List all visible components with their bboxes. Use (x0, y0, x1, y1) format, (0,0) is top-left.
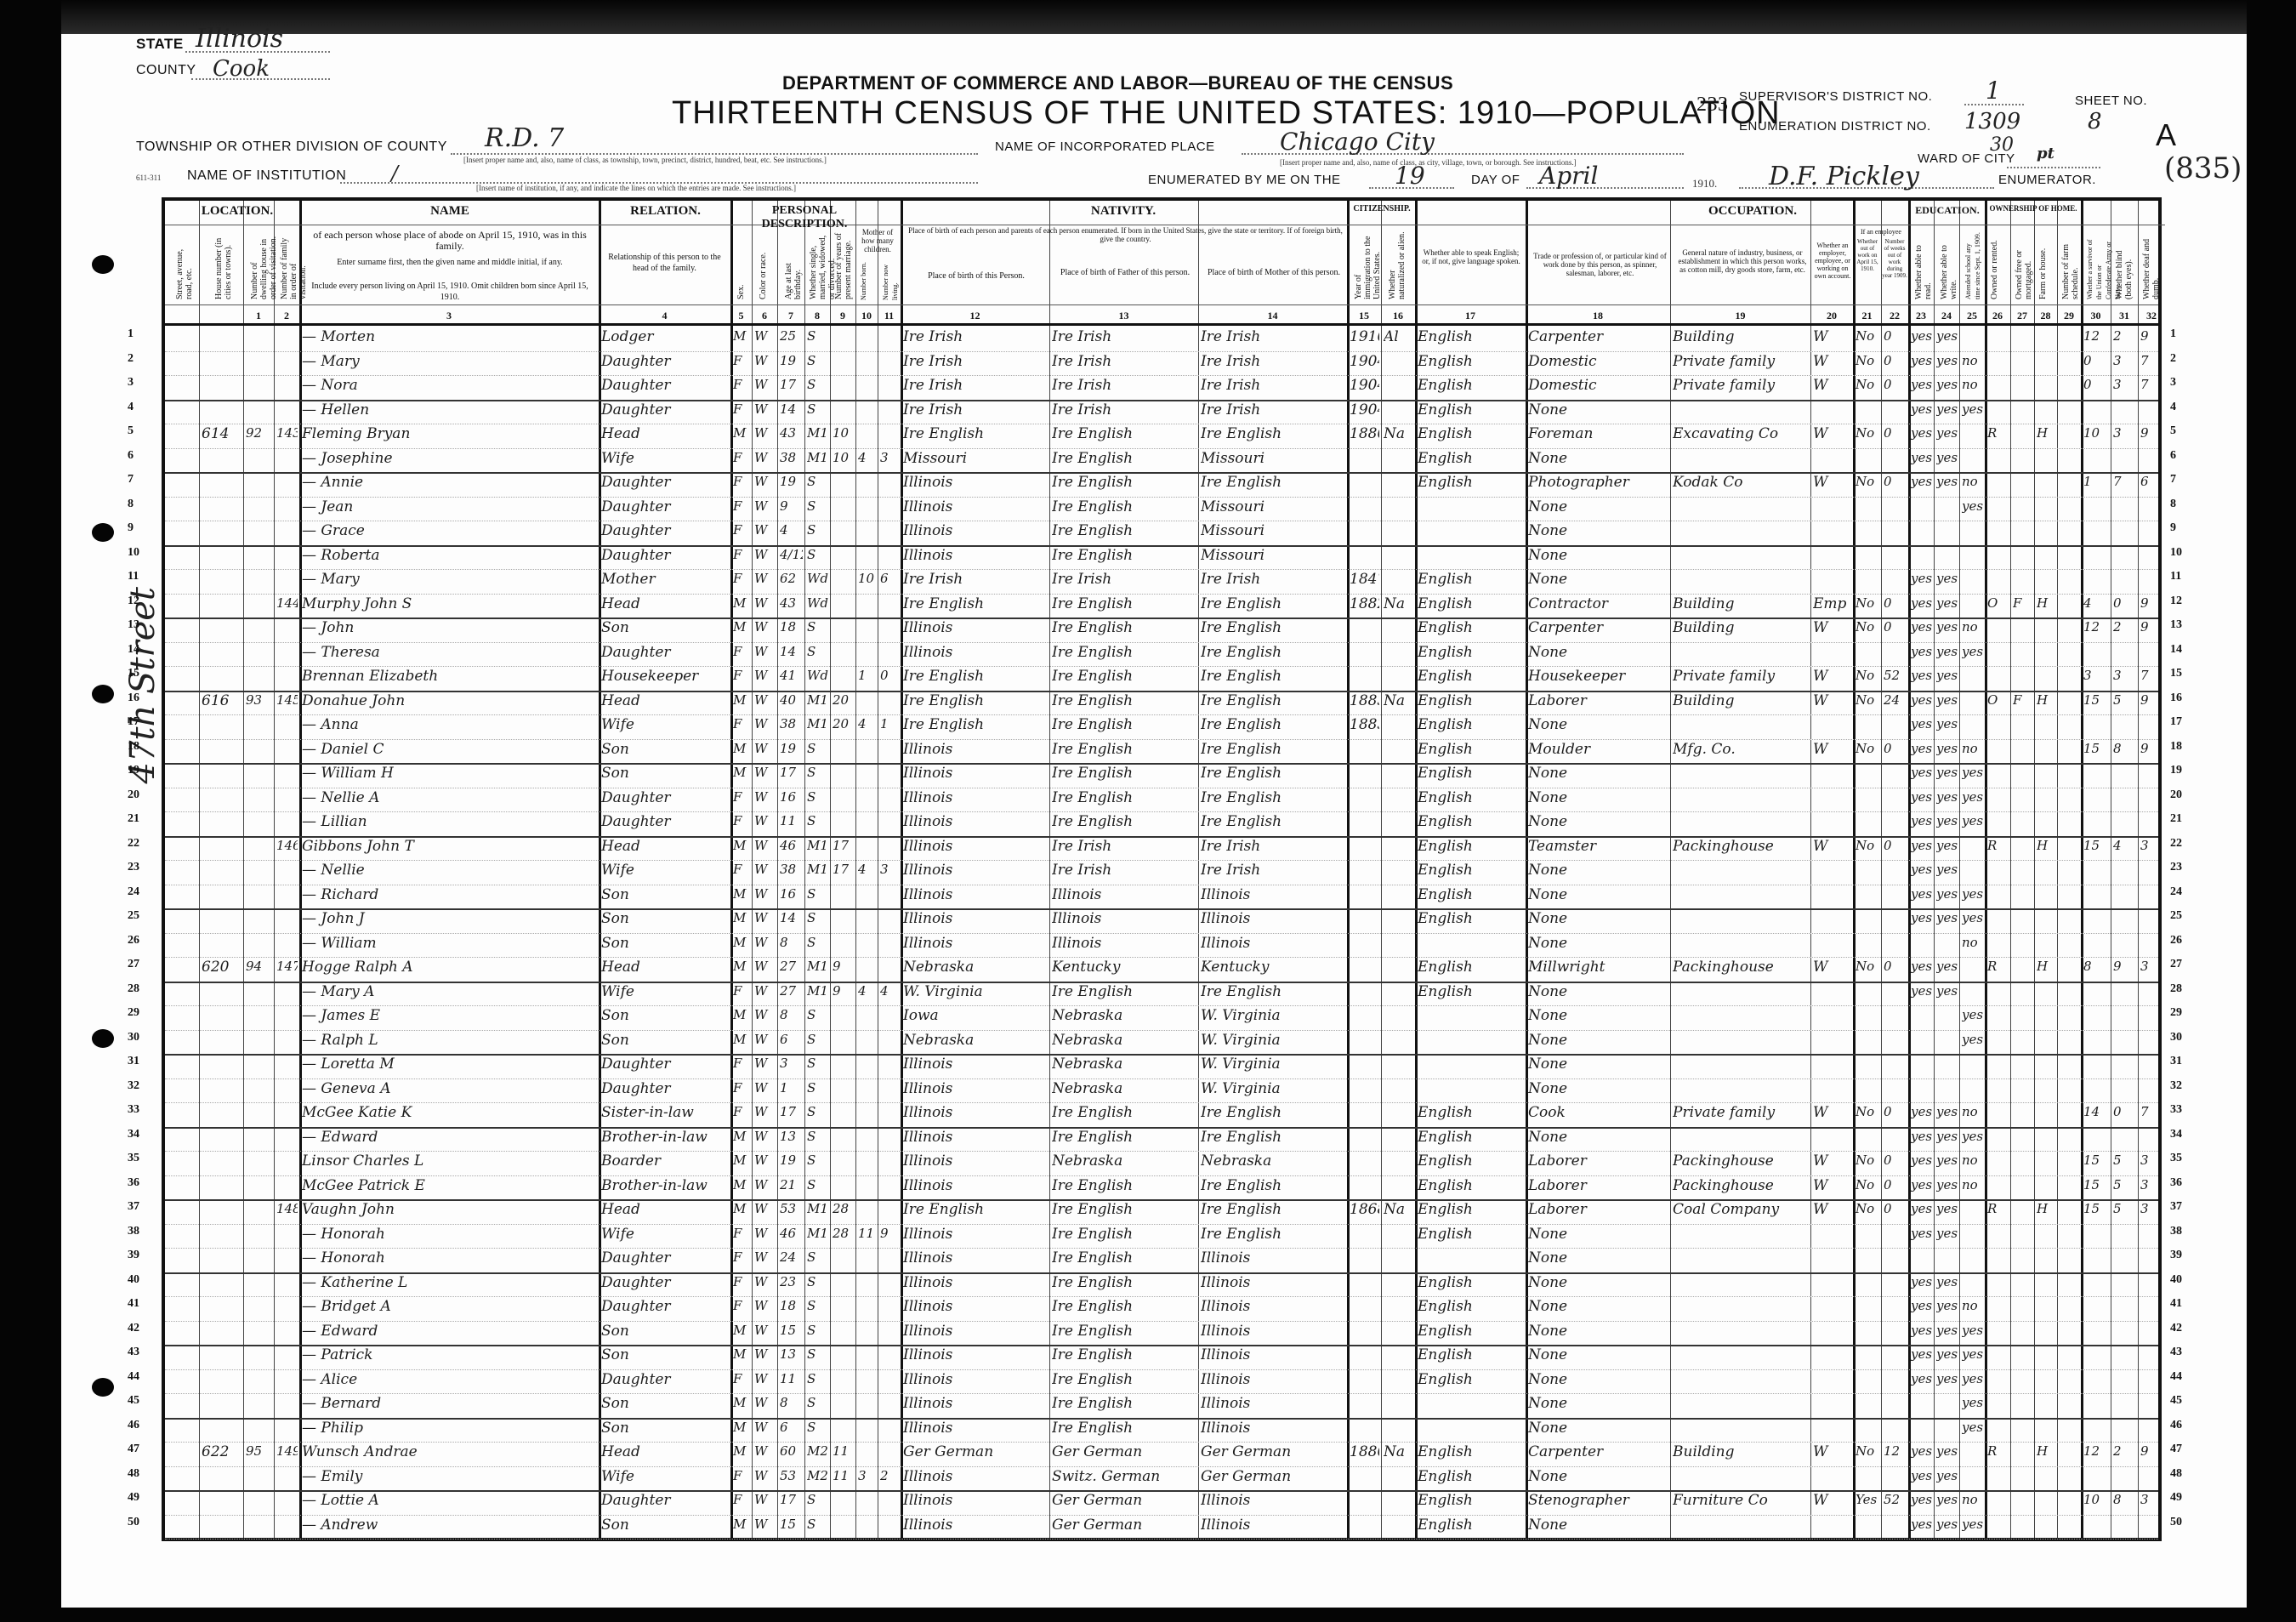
cell-sex: M (733, 1346, 750, 1362)
line-number: 26 (128, 934, 139, 948)
cell-race: W (754, 1395, 776, 1410)
cell-fbp: Ire Irish (1052, 862, 1196, 879)
cell-c29: 12 (2083, 1443, 2109, 1459)
cell-name: — Daniel C (302, 741, 597, 758)
line-number: 14 (128, 643, 139, 657)
cell-name: — James E (302, 1007, 597, 1024)
cell-trade: Domestic (1528, 353, 1668, 370)
table-row: — James ESonMW8SIowaNebraskaW. VirginiaN… (165, 1005, 2158, 1031)
cell-rd: yes (1911, 910, 1932, 925)
cell-eng: English (1418, 789, 1524, 806)
cell-name: — Emily (302, 1468, 597, 1485)
cell-rel: Son (601, 1517, 729, 1534)
nativity-header: NATIVITY. (902, 204, 1344, 219)
line-number: 19 (2170, 764, 2182, 777)
cell-age: 19 (780, 1152, 803, 1168)
cell-age: 4/12 (780, 547, 803, 562)
cell-sex: F (733, 1056, 750, 1071)
cell-name: — Katherine L (302, 1274, 597, 1291)
cell-name: — Ralph L (302, 1032, 597, 1049)
township-value: R.D. 7 (485, 123, 564, 153)
cell-rd: yes (1911, 1517, 1932, 1532)
cell-bp: Ire Irish (903, 328, 1048, 345)
column-number: 4 (599, 310, 730, 322)
cell-mbp: Missouri (1201, 450, 1345, 467)
cell-ind: Building (1673, 619, 1809, 636)
cell-trade: None (1528, 644, 1668, 661)
cell-mar: S (807, 377, 828, 392)
cell-rel: Son (601, 741, 729, 758)
line-number: 18 (128, 740, 139, 754)
cell-age: 27 (780, 983, 803, 999)
cell-mar: S (807, 813, 828, 828)
cell-mbp: Illinois (1201, 1492, 1345, 1509)
cell-mar: Wd (807, 595, 828, 611)
cell-wr: yes (1936, 1104, 1958, 1119)
cell-race: W (754, 522, 776, 538)
cell-fbp: Ire Irish (1052, 328, 1196, 345)
cell-sch: yes (1962, 401, 1983, 417)
cell-imm: 1847 (1350, 571, 1379, 588)
cell-age: 43 (780, 595, 803, 611)
line-number: 7 (128, 473, 134, 487)
cell-wr: yes (1936, 862, 1958, 877)
cell-c30: 5 (2113, 1177, 2136, 1192)
cell-race: W (754, 619, 776, 635)
cell-name: — Alice (302, 1371, 597, 1388)
cell-rd: yes (1911, 668, 1932, 683)
cell-emp: W (1813, 619, 1851, 636)
cell-sex: M (733, 741, 750, 756)
cell-mbp: Ire English (1201, 1201, 1345, 1218)
table-row: — Lottie ADaughterFW17SIllinoisGer Germa… (165, 1490, 2158, 1516)
cell-fbp: Ire English (1052, 1104, 1196, 1121)
enumerated-label: ENUMERATED BY ME ON THE (1148, 173, 1341, 187)
cell-wr: yes (1936, 983, 1958, 999)
cell-c29: 3 (2083, 668, 2109, 683)
line-number: 5 (128, 424, 134, 438)
line-number: 22 (128, 837, 139, 851)
cell-fbp: Ire English (1052, 595, 1196, 612)
cell-eng: English (1418, 425, 1524, 442)
cell-mar: S (807, 498, 828, 514)
cell-bp: Illinois (903, 474, 1048, 491)
cell-trade: None (1528, 547, 1668, 564)
cell-oow: No (1856, 328, 1879, 344)
incorporated-place-label: NAME OF INCORPORATED PLACE (995, 139, 1215, 154)
cell-fbp: Ire English (1052, 1346, 1196, 1363)
line-number: 40 (2170, 1273, 2182, 1287)
cell-fbp: Ger German (1052, 1517, 1196, 1534)
cell-c29: 15 (2083, 1177, 2109, 1192)
cell-trade: None (1528, 1032, 1668, 1049)
cell-fbp: Ire English (1052, 813, 1196, 830)
cell-trade: None (1528, 765, 1668, 782)
cell-fbp: Ire English (1052, 474, 1196, 491)
cell-bp: Ire Irish (903, 377, 1048, 394)
line-number: 41 (2170, 1297, 2182, 1311)
line-number: 14 (2170, 643, 2182, 657)
table-row: 61693145Donahue JohnHeadMW40M120Ire Engl… (165, 691, 2158, 716)
cell-born: 4 (858, 716, 876, 731)
cell-oow: No (1856, 425, 1879, 441)
cell-c31: 7 (2140, 353, 2163, 368)
cell-fbp: Ire English (1052, 668, 1196, 685)
cell-trade: None (1528, 450, 1668, 467)
line-number: 43 (128, 1346, 139, 1359)
cell-fbp: Ire English (1052, 741, 1196, 758)
cell-sch: no (1962, 741, 1983, 756)
cell-own: R (1987, 1443, 2009, 1459)
column-number: 10 (855, 310, 878, 322)
cell-race: W (754, 1346, 776, 1362)
binder-hole (92, 523, 114, 542)
cell-trade: Moulder (1528, 741, 1668, 758)
cell-mar: S (807, 522, 828, 538)
cell-rd: yes (1911, 1371, 1932, 1386)
cell-mbp: Ire Irish (1201, 328, 1345, 345)
cell-name: — Nellie (302, 862, 597, 879)
cell-eng: English (1418, 1201, 1524, 1218)
cell-emp: W (1813, 1201, 1851, 1218)
cell-age: 17 (780, 1104, 803, 1119)
cell-fbp: Ire English (1052, 1129, 1196, 1146)
cell-name: — Honorah (302, 1226, 597, 1243)
cell-name: — Theresa (302, 644, 597, 661)
cell-c31: 3 (2140, 959, 2163, 974)
cell-eng: English (1418, 886, 1524, 903)
cell-c29: 1 (2083, 474, 2109, 489)
binder-hole (92, 255, 114, 274)
cell-c30: 8 (2113, 1492, 2136, 1507)
cell-mar: S (807, 1346, 828, 1362)
cell-liv: 1 (880, 716, 899, 731)
cell-ind: Private family (1673, 668, 1809, 685)
cell-rd: yes (1911, 692, 1932, 708)
cell-rd: yes (1911, 619, 1932, 635)
cell-wks: 24 (1884, 692, 1907, 708)
cell-dw: 92 (246, 425, 272, 441)
cell-oow: No (1856, 1104, 1879, 1119)
cell-bp: Illinois (903, 1152, 1048, 1170)
cell-mbp: Ire English (1201, 595, 1345, 612)
line-number: 33 (128, 1103, 139, 1117)
cell-mar: S (807, 474, 828, 489)
cell-mbp: Ire English (1201, 1104, 1345, 1121)
cell-sex: M (733, 619, 750, 635)
cell-wr: yes (1936, 1298, 1958, 1313)
cell-mar: M1 (807, 959, 828, 974)
cell-c29: 10 (2083, 1492, 2109, 1507)
cell-mbp: W. Virginia (1201, 1056, 1345, 1073)
cell-rd: yes (1911, 1274, 1932, 1289)
cell-age: 4 (780, 522, 803, 538)
table-row: — TheresaDaughterFW14SIllinoisIre Englis… (165, 642, 2158, 668)
cell-fbp: Kentucky (1052, 959, 1196, 976)
table-row: McGee Patrick EBrother-in-lawMW21SIllino… (165, 1175, 2158, 1202)
cell-c30: 4 (2113, 838, 2136, 853)
cell-eng: English (1418, 1323, 1524, 1340)
cell-mbp: W. Virginia (1201, 1080, 1345, 1097)
line-number: 27 (2170, 958, 2182, 971)
table-row: 144Murphy John SHeadMW43WdIre EnglishIre… (165, 594, 2158, 620)
cell-fbp: Ire English (1052, 1323, 1196, 1340)
cell-c29: 12 (2083, 328, 2109, 344)
line-number: 28 (2170, 982, 2182, 996)
table-row: — BernardSonMW8SIllinoisIre EnglishIllin… (165, 1393, 2158, 1420)
cell-c31: 9 (2140, 1443, 2163, 1459)
cell-race: W (754, 838, 776, 853)
incorporated-place-value: Chicago City (1280, 128, 1435, 156)
cell-rd: yes (1911, 959, 1932, 974)
table-row: — MaryDaughterFW19SIre IrishIre IrishIre… (165, 351, 2158, 377)
cell-mar: S (807, 910, 828, 925)
cell-sch: yes (1962, 910, 1983, 925)
cell-imm: 1904 (1350, 377, 1379, 394)
cell-oow: No (1856, 1443, 1879, 1459)
cell-name: — Annie (302, 474, 597, 491)
cell-eng: English (1418, 1443, 1524, 1460)
cell-mar: S (807, 741, 828, 756)
cell-trade: Foreman (1528, 425, 1668, 442)
cell-eng: English (1418, 1129, 1524, 1146)
cell-c30: 2 (2113, 328, 2136, 344)
line-number: 22 (2170, 837, 2182, 851)
street-margin-note: 47th Street (123, 587, 162, 783)
column-number: 7 (777, 310, 804, 322)
cell-sex: M (733, 935, 750, 950)
table-row: — JohnSonMW18SIllinoisIre EnglishIre Eng… (165, 617, 2158, 643)
cell-age: 19 (780, 741, 803, 756)
margin-note: (835) (2164, 151, 2242, 185)
cell-fbp: Ire English (1052, 1420, 1196, 1437)
cell-house: 620 (202, 959, 242, 976)
cell-wr: yes (1936, 425, 1958, 441)
institution-label: NAME OF INSTITUTION (187, 168, 346, 184)
year: 1910. (1692, 177, 1717, 191)
cell-oow: No (1856, 741, 1879, 756)
cell-race: W (754, 1226, 776, 1241)
cell-c30: 3 (2113, 353, 2136, 368)
line-number: 15 (128, 667, 139, 680)
cell-yrs: 9 (833, 959, 854, 974)
line-number: 35 (2170, 1152, 2182, 1165)
cell-rd: yes (1911, 716, 1932, 731)
cell-sch: yes (1962, 765, 1983, 780)
cell-wks: 0 (1884, 474, 1907, 489)
cell-age: 60 (780, 1443, 803, 1459)
cell-wr: yes (1936, 1468, 1958, 1483)
cell-oow: No (1856, 1177, 1879, 1192)
cell-age: 16 (780, 886, 803, 902)
cell-trade: None (1528, 1274, 1668, 1291)
cell-imm: 1882 (1350, 595, 1379, 612)
cell-wr: yes (1936, 571, 1958, 586)
cell-rel: Daughter (601, 1080, 729, 1097)
cell-mar: M1 (807, 838, 828, 853)
cell-fbp: Ire English (1052, 498, 1196, 515)
cell-race: W (754, 1129, 776, 1144)
line-number: 11 (128, 570, 139, 583)
column-number: 19 (1670, 310, 1810, 322)
enumeration-label: ENUMERATION DISTRICT NO. (1739, 119, 1931, 134)
state-value: Illinois (196, 24, 283, 54)
cell-race: W (754, 1056, 776, 1071)
cell-age: 14 (780, 644, 803, 659)
cell-fbp: Ire English (1052, 983, 1196, 1000)
cell-trade: Carpenter (1528, 328, 1668, 345)
table-row: 62094147Hogge Ralph AHeadMW27M19Nebraska… (165, 957, 2158, 983)
cell-fbp: Nebraska (1052, 1056, 1196, 1073)
cell-rd: yes (1911, 886, 1932, 902)
column-number: 11 (878, 310, 901, 322)
cell-sex: F (733, 571, 750, 586)
cell-trade: Laborer (1528, 1201, 1668, 1218)
cell-c30: 5 (2113, 1152, 2136, 1168)
cell-c29: 15 (2083, 1201, 2109, 1216)
cell-rd: yes (1911, 1492, 1932, 1507)
cell-mbp: Ire English (1201, 765, 1345, 782)
cell-rel: Daughter (601, 1492, 729, 1509)
cell-ind: Excavating Co (1673, 425, 1809, 442)
cell-rd: yes (1911, 1152, 1932, 1168)
table-row: — RichardSonMW16SIllinoisIllinoisIllinoi… (165, 885, 2158, 911)
line-number: 24 (128, 885, 139, 899)
cell-eng: English (1418, 1517, 1524, 1534)
cell-sex: M (733, 1517, 750, 1532)
cell-mar: S (807, 1177, 828, 1192)
cell-trade: None (1528, 886, 1668, 903)
cell-wks: 0 (1884, 959, 1907, 974)
cell-wr: yes (1936, 1177, 1958, 1192)
line-number: 33 (2170, 1103, 2182, 1117)
cell-name: — Nora (302, 377, 597, 394)
cell-rel: Brother-in-law (601, 1177, 729, 1194)
line-number: 50 (2170, 1516, 2182, 1529)
cell-mbp: Ire English (1201, 425, 1345, 442)
cell-bp: Illinois (903, 1492, 1048, 1509)
cell-rd: yes (1911, 765, 1932, 780)
cell-rel: Son (601, 765, 729, 782)
cell-ind: Building (1673, 328, 1809, 345)
cell-rel: Lodger (601, 328, 729, 345)
cell-fbp: Ire English (1052, 692, 1196, 709)
cell-fbp: Nebraska (1052, 1007, 1196, 1024)
cell-mbp: Ger German (1201, 1468, 1345, 1485)
cell-mar: S (807, 353, 828, 368)
english-header: Whether able to speak English; or, if no… (1419, 248, 1523, 265)
cell-race: W (754, 813, 776, 828)
cell-sch: no (1962, 474, 1983, 489)
cell-mar: M1 (807, 862, 828, 877)
cell-age: 19 (780, 474, 803, 489)
cell-mbp: Ire Irish (1201, 401, 1345, 418)
cell-rel: Daughter (601, 547, 729, 564)
cell-rel: Daughter (601, 644, 729, 661)
cell-imm: 1883 (1350, 692, 1379, 709)
cell-rd: yes (1911, 1468, 1932, 1483)
cell-race: W (754, 498, 776, 514)
cell-race: W (754, 862, 776, 877)
cell-c31: 9 (2140, 692, 2163, 708)
cell-ind: Kodak Co (1673, 474, 1809, 491)
cell-yrs: 11 (833, 1468, 854, 1483)
cell-sex: M (733, 1177, 750, 1192)
cell-bp: Ire English (903, 595, 1048, 612)
cell-mar: S (807, 619, 828, 635)
cell-race: W (754, 886, 776, 902)
table-row: — JeanDaughterFW9SIllinoisIre EnglishMis… (165, 497, 2158, 522)
cell-rel: Brother-in-law (601, 1129, 729, 1146)
cell-wr: yes (1936, 450, 1958, 465)
cell-sch: no (1962, 1104, 1983, 1119)
cell-eng: English (1418, 450, 1524, 467)
cell-sex: F (733, 1104, 750, 1119)
table-row: — Geneva ADaughterFW1SIllinoisNebraskaW.… (165, 1078, 2158, 1104)
line-number: 29 (2170, 1006, 2182, 1020)
column-number: 22 (1881, 310, 1908, 322)
cell-name: — Honorah (302, 1249, 597, 1266)
cell-sex: F (733, 498, 750, 514)
cell-emp: W (1813, 1443, 1851, 1460)
cell-age: 25 (780, 328, 803, 344)
cell-trade: None (1528, 935, 1668, 952)
cell-age: 9 (780, 498, 803, 514)
cell-c31: 9 (2140, 328, 2163, 344)
county-label: COUNTY (136, 63, 196, 78)
cell-eng: English (1418, 959, 1524, 976)
state-label: STATE (136, 36, 184, 53)
cell-race: W (754, 765, 776, 780)
cell-age: 62 (780, 571, 803, 586)
cell-sch: no (1962, 619, 1983, 635)
cell-emp: W (1813, 474, 1851, 491)
cell-mar: S (807, 1298, 828, 1313)
scan-right-edge (2247, 0, 2296, 1622)
column-number: 5 (730, 310, 752, 322)
cell-race: W (754, 1371, 776, 1386)
cell-trade: None (1528, 1298, 1668, 1315)
county-value: Cook (213, 56, 270, 82)
cell-eng: English (1418, 716, 1524, 733)
cell-house: 616 (202, 692, 242, 709)
cell-c31: 3 (2140, 1152, 2163, 1168)
cell-c29: 0 (2083, 377, 2109, 392)
cell-ind: Packinghouse (1673, 1152, 1809, 1170)
cell-mar: S (807, 1249, 828, 1265)
cell-age: 46 (780, 838, 803, 853)
line-number: 39 (128, 1249, 139, 1262)
cell-rel: Daughter (601, 353, 729, 370)
cell-mbp: Illinois (1201, 1274, 1345, 1291)
cell-name: — Hellen (302, 401, 597, 418)
cell-name: — Philip (302, 1420, 597, 1437)
cell-sex: F (733, 377, 750, 392)
cell-race: W (754, 1249, 776, 1265)
census-table: LOCATION. NAME of each person whose plac… (162, 197, 2162, 1541)
township-label: TOWNSHIP OR OTHER DIVISION OF COUNTY (136, 139, 447, 155)
cell-rel: Son (601, 1420, 729, 1437)
cell-born: 1 (858, 668, 876, 683)
line-number: 48 (128, 1467, 139, 1481)
cell-mar: M1 (807, 425, 828, 441)
line-number: 35 (128, 1152, 139, 1165)
cell-c30: 3 (2113, 425, 2136, 441)
ward-note: pt (2037, 145, 2054, 162)
cell-trade: None (1528, 716, 1668, 733)
line-number: 26 (2170, 934, 2182, 948)
column-number: 25 (1959, 310, 1985, 322)
